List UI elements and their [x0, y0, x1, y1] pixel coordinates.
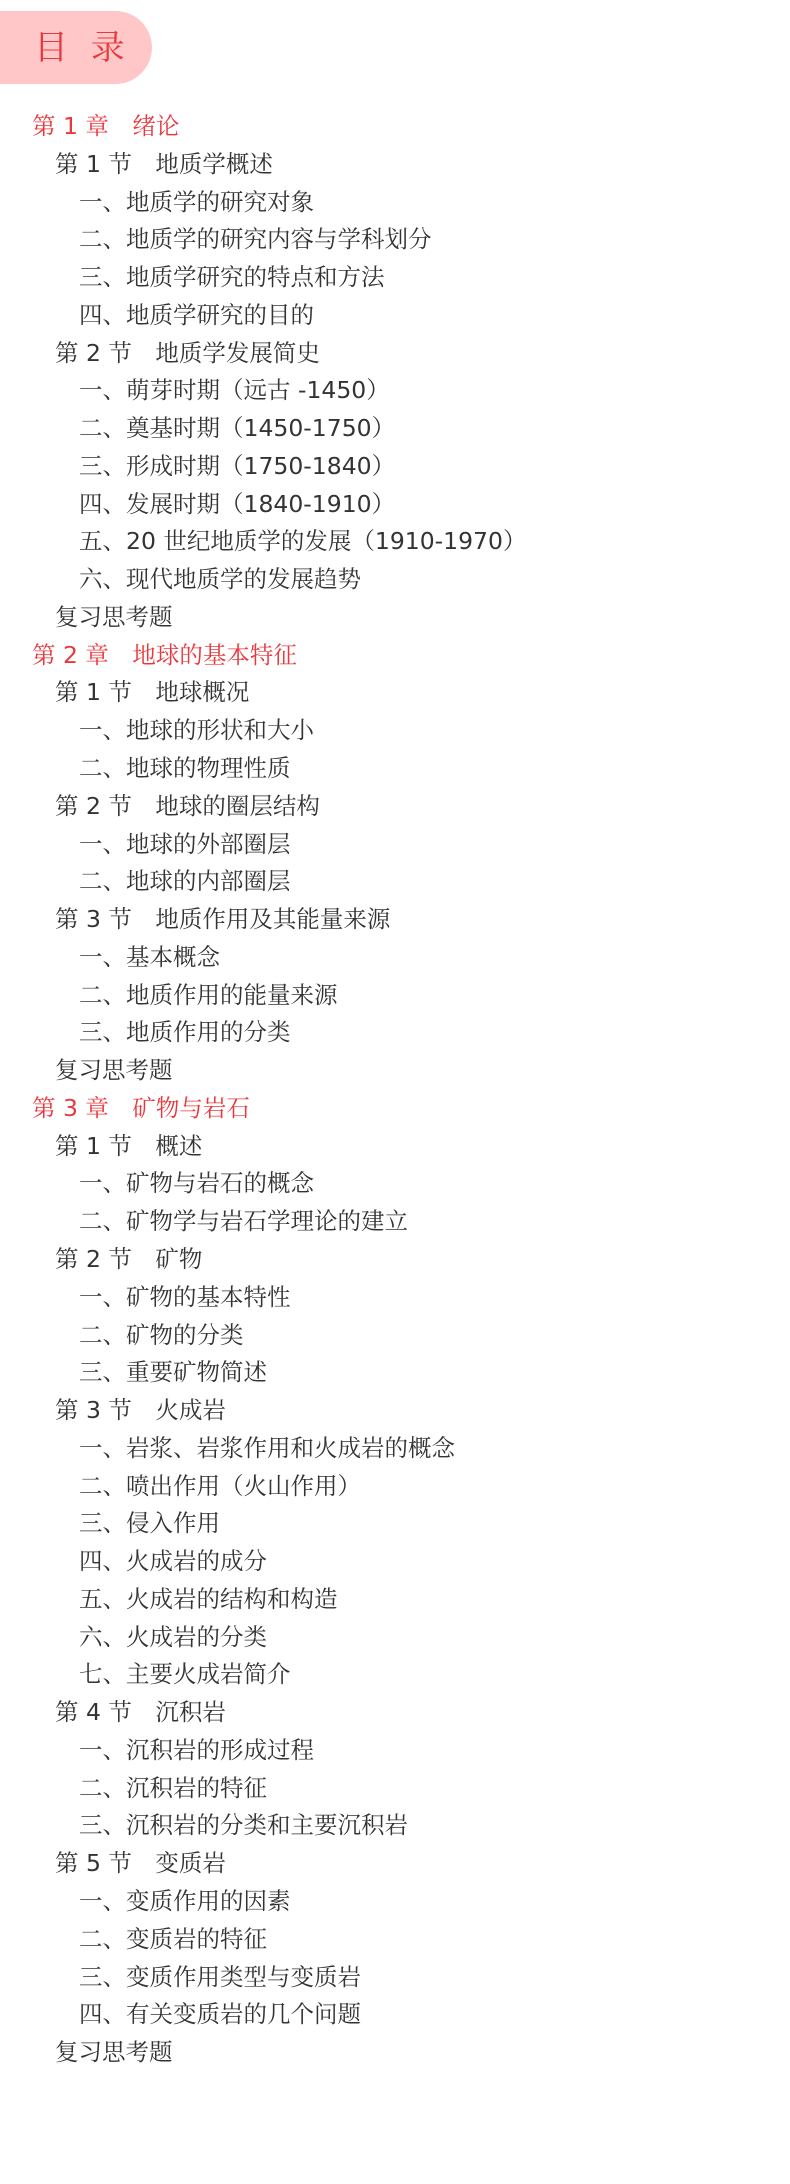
toc-section-link[interactable]: 第 2 节 矿物 [0, 1241, 790, 1279]
toc-review-link[interactable]: 复习思考题 [0, 2034, 790, 2072]
toc-item-link[interactable]: 三、重要矿物简述 [0, 1354, 790, 1392]
toc-item-link[interactable]: 二、沉积岩的特征 [0, 1770, 790, 1808]
toc-item-link[interactable]: 四、火成岩的成分 [0, 1543, 790, 1581]
toc-section-link[interactable]: 第 1 节 概述 [0, 1128, 790, 1166]
toc-section-link[interactable]: 第 2 节 地球的圈层结构 [0, 788, 790, 826]
toc-item-link[interactable]: 一、岩浆、岩浆作用和火成岩的概念 [0, 1430, 790, 1468]
toc-section-link[interactable]: 第 3 节 火成岩 [0, 1392, 790, 1430]
toc-item-link[interactable]: 三、地质作用的分类 [0, 1014, 790, 1052]
toc-review-link[interactable]: 复习思考题 [0, 1052, 790, 1090]
toc-item-link[interactable]: 二、地球的内部圈层 [0, 863, 790, 901]
page-title: 目 录 [34, 31, 131, 65]
toc-chapter-link[interactable]: 第 2 章 地球的基本特征 [0, 637, 790, 675]
toc-item-link[interactable]: 三、沉积岩的分类和主要沉积岩 [0, 1807, 790, 1845]
toc-item-link[interactable]: 二、地球的物理性质 [0, 750, 790, 788]
toc-item-link[interactable]: 二、地质作用的能量来源 [0, 977, 790, 1015]
toc-section-link[interactable]: 第 5 节 变质岩 [0, 1845, 790, 1883]
toc-section-link[interactable]: 第 3 节 地质作用及其能量来源 [0, 901, 790, 939]
toc-item-link[interactable]: 四、发展时期（1840-1910） [0, 486, 790, 524]
toc-item-link[interactable]: 五、火成岩的结构和构造 [0, 1581, 790, 1619]
toc-review-link[interactable]: 复习思考题 [0, 599, 790, 637]
toc-item-link[interactable]: 一、基本概念 [0, 939, 790, 977]
toc-item-link[interactable]: 一、地球的形状和大小 [0, 712, 790, 750]
toc-item-link[interactable]: 三、侵入作用 [0, 1505, 790, 1543]
toc-section-link[interactable]: 第 4 节 沉积岩 [0, 1694, 790, 1732]
toc-item-link[interactable]: 二、矿物学与岩石学理论的建立 [0, 1203, 790, 1241]
toc-item-link[interactable]: 六、火成岩的分类 [0, 1619, 790, 1657]
toc-item-link[interactable]: 七、主要火成岩简介 [0, 1656, 790, 1694]
toc-chapter-link[interactable]: 第 3 章 矿物与岩石 [0, 1090, 790, 1128]
toc-section-link[interactable]: 第 1 节 地质学概述 [0, 146, 790, 184]
toc-item-link[interactable]: 二、变质岩的特征 [0, 1921, 790, 1959]
toc-section-link[interactable]: 第 1 节 地球概况 [0, 674, 790, 712]
toc-item-link[interactable]: 三、地质学研究的特点和方法 [0, 259, 790, 297]
toc-item-link[interactable]: 二、喷出作用（火山作用） [0, 1468, 790, 1506]
toc-item-link[interactable]: 二、地质学的研究内容与学科划分 [0, 221, 790, 259]
toc-item-link[interactable]: 二、矿物的分类 [0, 1317, 790, 1355]
toc-item-link[interactable]: 三、形成时期（1750-1840） [0, 448, 790, 486]
toc-item-link[interactable]: 一、矿物与岩石的概念 [0, 1165, 790, 1203]
toc-item-link[interactable]: 二、奠基时期（1450-1750） [0, 410, 790, 448]
toc-item-link[interactable]: 一、地球的外部圈层 [0, 826, 790, 864]
toc-item-link[interactable]: 三、变质作用类型与变质岩 [0, 1959, 790, 1997]
toc-item-link[interactable]: 一、地质学的研究对象 [0, 184, 790, 222]
toc-item-link[interactable]: 四、有关变质岩的几个问题 [0, 1996, 790, 2034]
toc-item-link[interactable]: 一、萌芽时期（远古 -1450） [0, 372, 790, 410]
toc-chapter-link[interactable]: 第 1 章 绪论 [0, 108, 790, 146]
toc-section-link[interactable]: 第 2 节 地质学发展简史 [0, 335, 790, 373]
toc-item-link[interactable]: 一、沉积岩的形成过程 [0, 1732, 790, 1770]
toc-item-link[interactable]: 五、20 世纪地质学的发展（1910-1970） [0, 523, 790, 561]
table-of-contents: 第 1 章 绪论第 1 节 地质学概述一、地质学的研究对象二、地质学的研究内容与… [0, 108, 790, 2072]
toc-item-link[interactable]: 六、现代地质学的发展趋势 [0, 561, 790, 599]
toc-item-link[interactable]: 四、地质学研究的目的 [0, 297, 790, 335]
toc-header-badge: 目 录 [0, 11, 152, 84]
toc-item-link[interactable]: 一、矿物的基本特性 [0, 1279, 790, 1317]
toc-item-link[interactable]: 一、变质作用的因素 [0, 1883, 790, 1921]
